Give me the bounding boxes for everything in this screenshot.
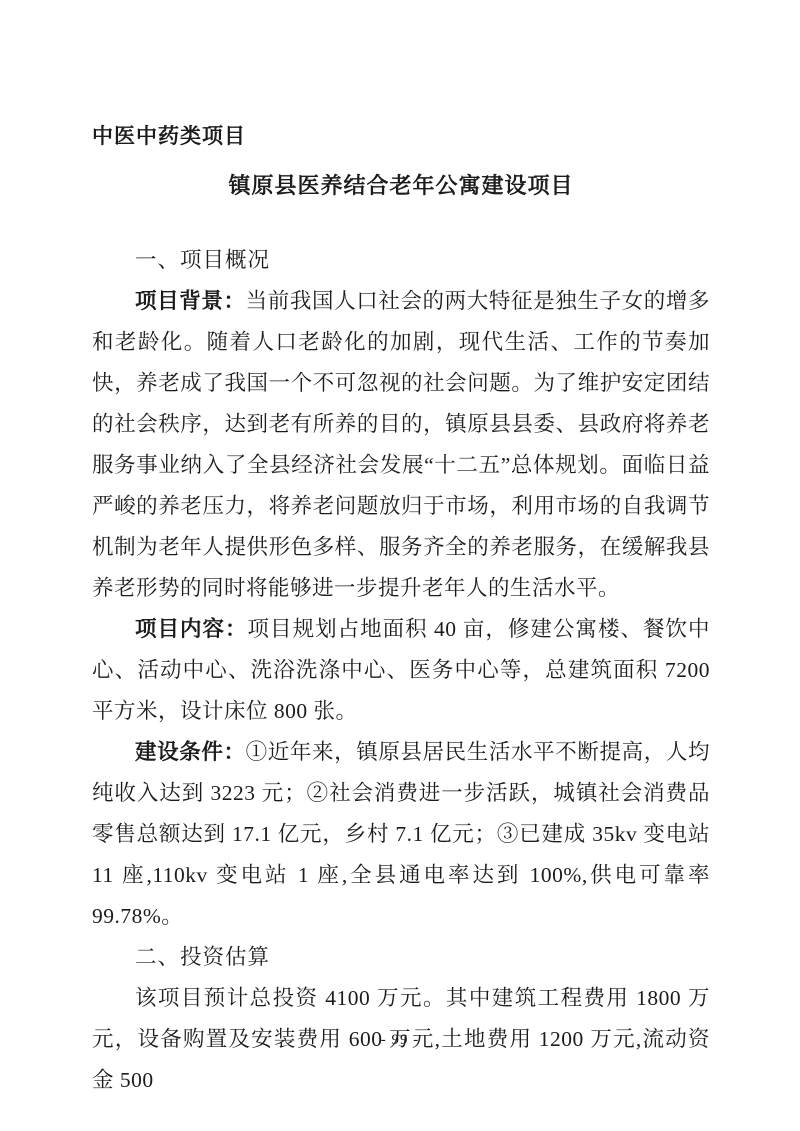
- paragraph-construction-conditions: 建设条件：①近年来，镇原县居民生活水平不断提高，人均纯收入达到 3223 元；②…: [92, 732, 710, 937]
- paragraph-text-conditions: ①近年来，镇原县居民生活水平不断提高，人均纯收入达到 3223 元；②社会消费进…: [92, 740, 710, 928]
- document-page: 中医中药类项目 镇原县医养结合老年公寓建设项目 一、项目概况 项目背景：当前我国…: [0, 0, 800, 1131]
- section-heading-investment: 二、投资估算: [92, 937, 710, 978]
- document-title: 镇原县医养结合老年公寓建设项目: [92, 165, 710, 206]
- paragraph-label-conditions: 建设条件：: [135, 740, 246, 764]
- paragraph-text-background: 当前我国人口社会的两大特征是独生子女的增多和老龄化。随着人口老龄化的加剧，现代生…: [92, 289, 710, 600]
- paragraph-project-background: 项目背景：当前我国人口社会的两大特征是独生子女的增多和老龄化。随着人口老龄化的加…: [92, 281, 710, 609]
- document-content: 中医中药类项目 镇原县医养结合老年公寓建设项目 一、项目概况 项目背景：当前我国…: [0, 0, 800, 1101]
- paragraph-label-background: 项目背景：: [135, 289, 246, 313]
- paragraph-project-content: 项目内容：项目规划占地面积 40 亩，修建公寓楼、餐饮中心、活动中心、洗浴洗涤中…: [92, 609, 710, 732]
- page-number: - 99 -: [0, 1032, 800, 1049]
- paragraph-label-content: 项目内容：: [135, 617, 248, 641]
- section-heading-overview: 一、项目概况: [92, 240, 710, 281]
- category-heading: 中医中药类项目: [92, 116, 710, 157]
